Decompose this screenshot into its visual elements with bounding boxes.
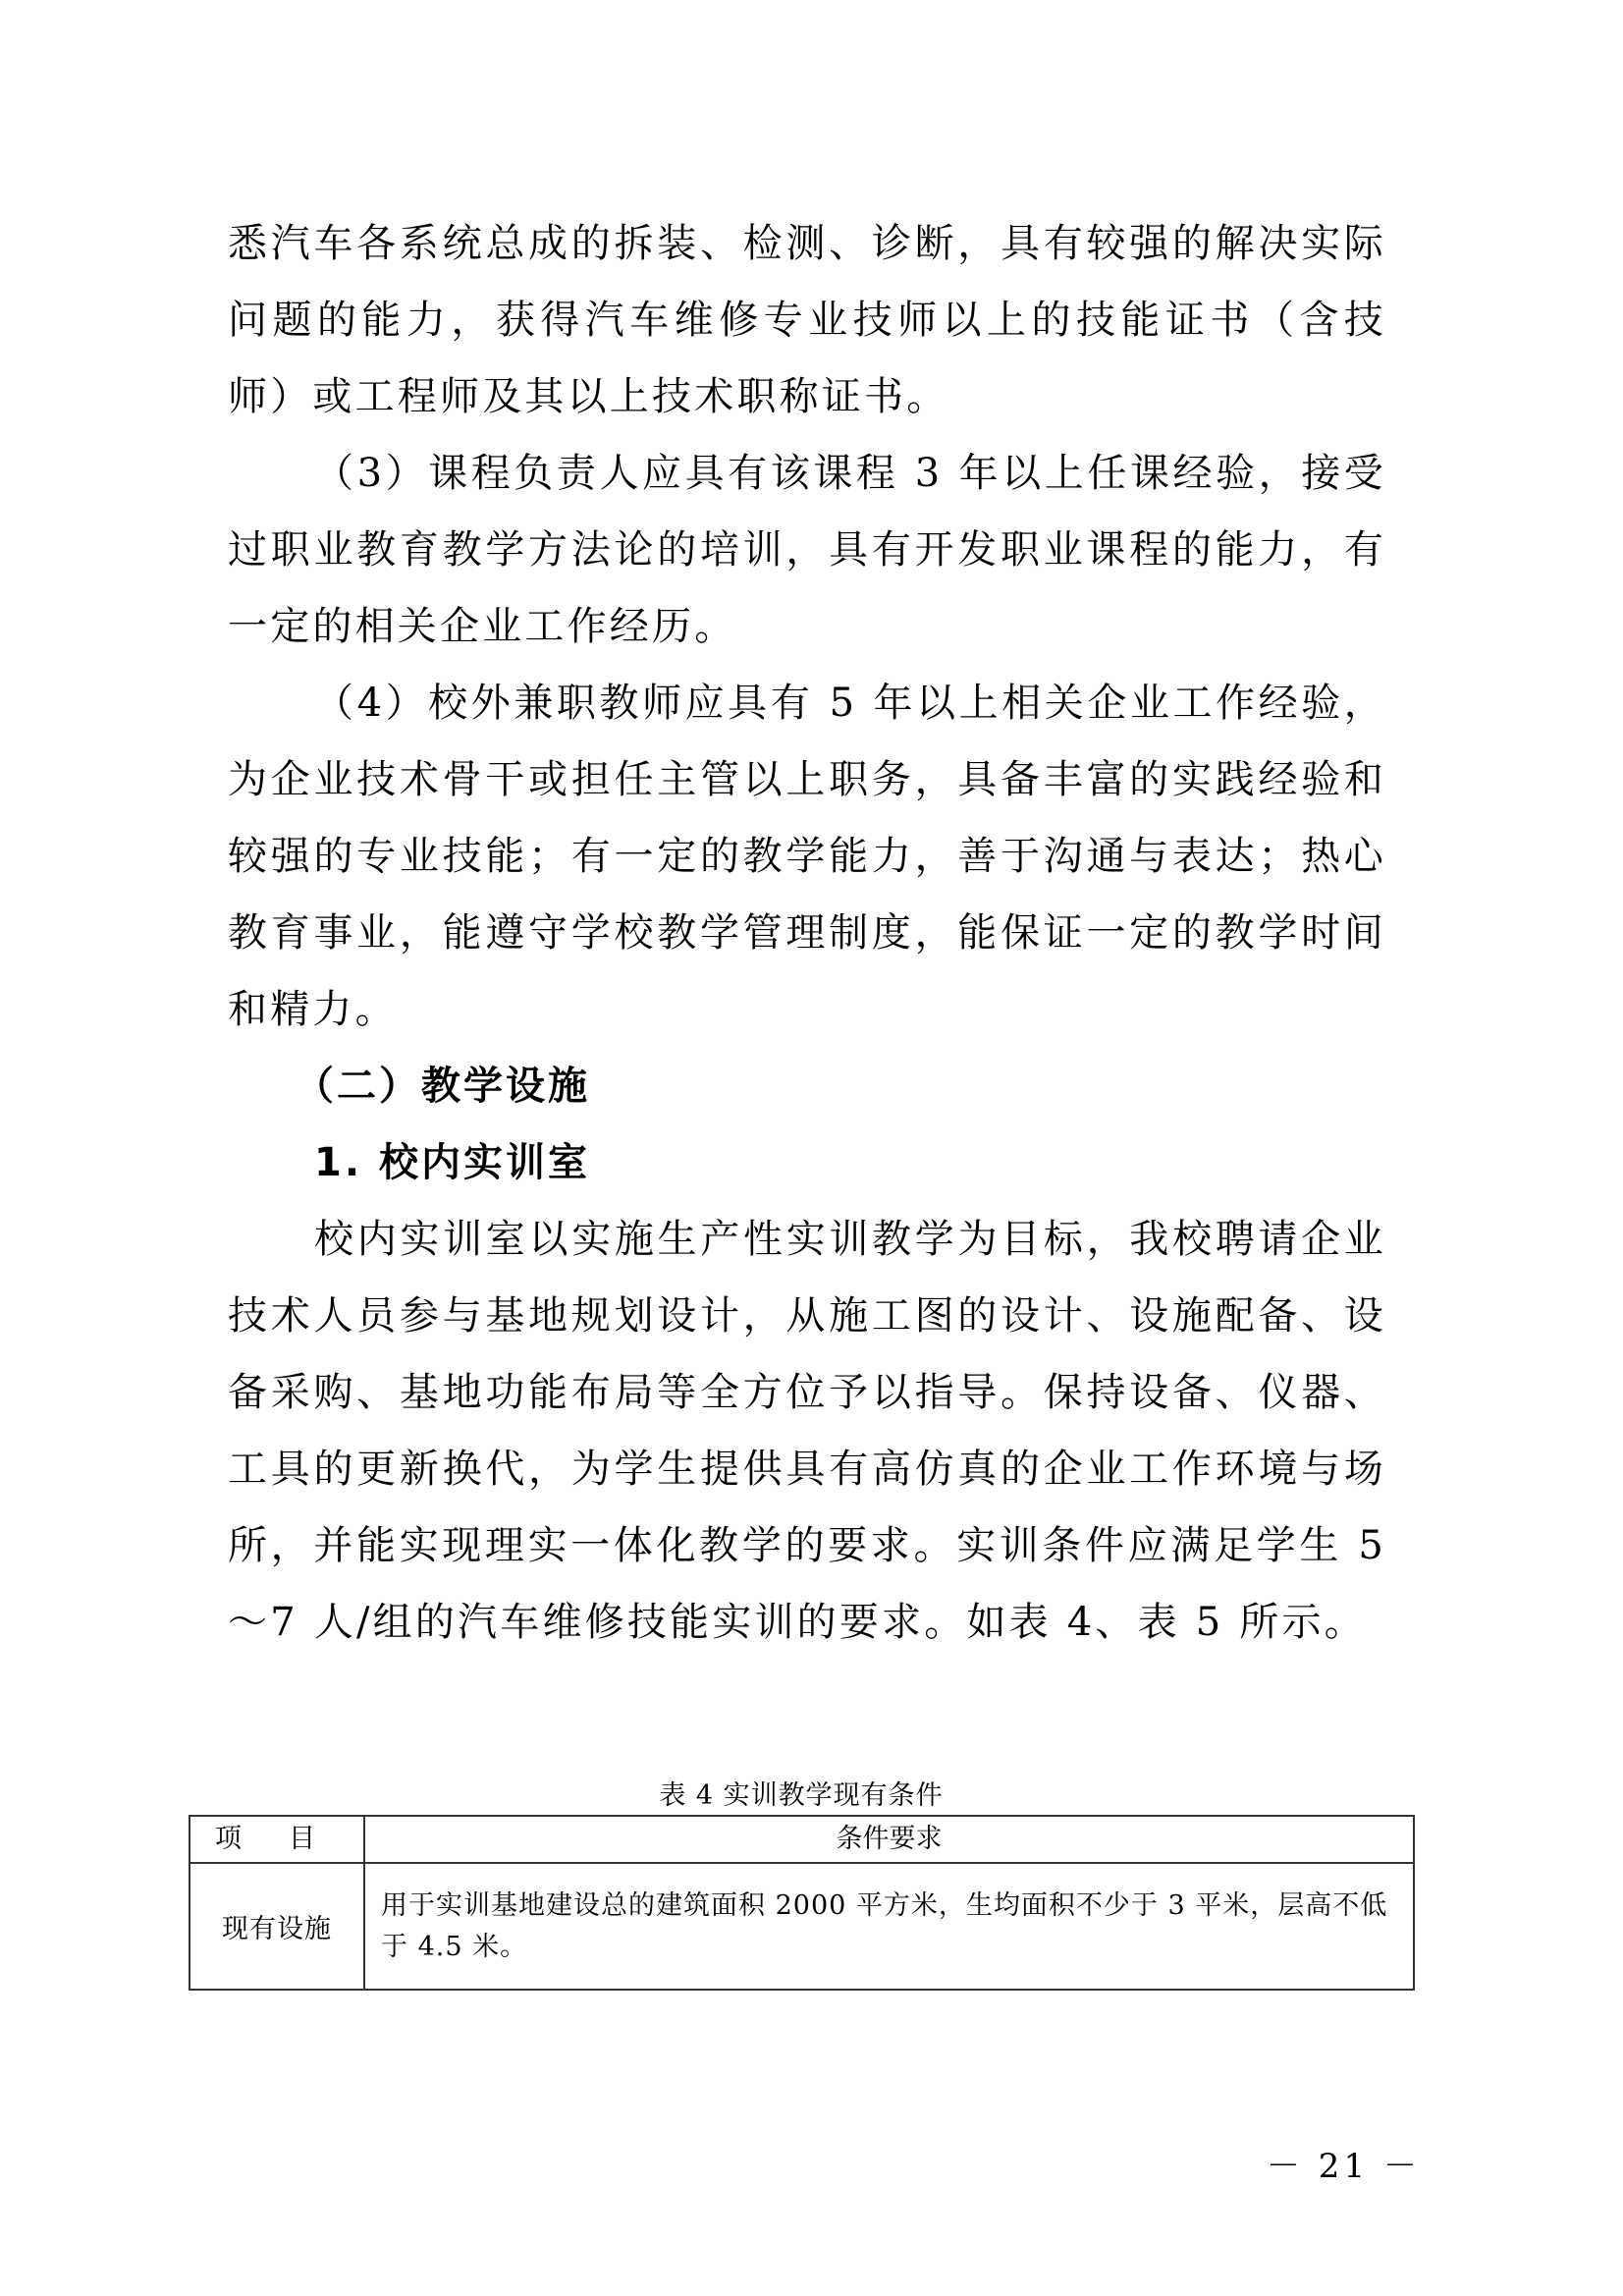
table-cell-item: 现有设施 — [189, 1863, 364, 1990]
subsection-heading-onsite-training-room: 1. 校内实训室 — [314, 1124, 590, 1201]
paragraph-part-time-teacher-requirements: （4）校外兼职教师应具有 5 年以上相关企业工作经验，为企业技术骨干或担任主管以… — [228, 665, 1386, 1048]
table-caption: 表 4 实训教学现有条件 — [189, 1779, 1414, 1813]
table-row: 现有设施 用于实训基地建设总的建筑面积 2000 平方米，生均面积不少于 3 平… — [189, 1863, 1414, 1990]
paragraph-course-leader-requirements: （3）课程负责人应具有该课程 3 年以上任课经验，接受过职业教育教学方法论的培训… — [228, 435, 1386, 665]
section-heading-teaching-facilities: （二）教学设施 — [295, 1048, 590, 1124]
table-header-requirement: 条件要求 — [364, 1816, 1414, 1863]
page-number: － 21 － — [1267, 2147, 1421, 2186]
paragraph-training-room-description: 校内实训室以实施生产性实训教学为目标，我校聘请企业技术人员参与基地规划设计，从施… — [228, 1201, 1386, 1661]
table-header-row: 项目 条件要求 — [189, 1816, 1414, 1863]
table-header-item: 项目 — [189, 1816, 364, 1863]
paragraph-teacher-qualification-continued: 悉汽车各系统总成的拆装、检测、诊断，具有较强的解决实际问题的能力，获得汽车维修专… — [228, 205, 1386, 435]
table-cell-requirement: 用于实训基地建设总的建筑面积 2000 平方米，生均面积不少于 3 平米，层高不… — [364, 1863, 1414, 1990]
document-page: 悉汽车各系统总成的拆装、检测、诊断，具有较强的解决实际问题的能力，获得汽车维修专… — [0, 0, 1623, 2296]
training-conditions-table: 项目 条件要求 现有设施 用于实训基地建设总的建筑面积 2000 平方米，生均面… — [189, 1815, 1415, 1991]
